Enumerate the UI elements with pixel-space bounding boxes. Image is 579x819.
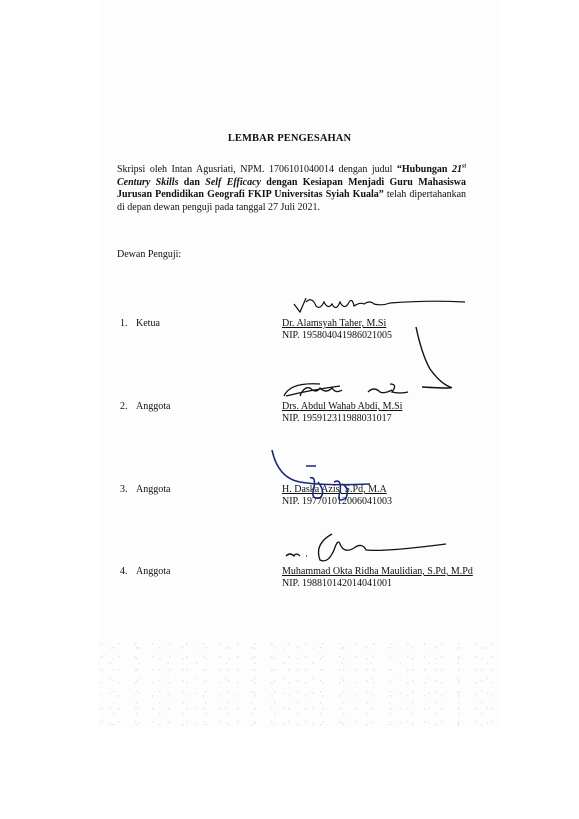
member-4-role: 4.Anggota bbox=[120, 566, 170, 577]
member-1-role: 1.Ketua bbox=[120, 318, 160, 329]
signature-member-2 bbox=[280, 378, 420, 400]
member-4-name: Muhammad Okta Ridha Maulidian, S.Pd, M.P… bbox=[282, 566, 473, 577]
member-1-name: Dr. Alamsyah Taher, M.Si bbox=[282, 318, 386, 329]
approval-paragraph: Skripsi oleh Intan Agusriati, NPM. 17061… bbox=[117, 164, 466, 214]
signature-member-3 bbox=[270, 448, 380, 506]
signature-member-4 bbox=[284, 530, 454, 566]
member-1-nip: NIP. 195804041986021005 bbox=[282, 330, 392, 341]
signature-member-1 bbox=[290, 292, 470, 317]
board-label: Dewan Penguji: bbox=[117, 249, 181, 260]
member-2-role: 2.Anggota bbox=[120, 401, 170, 412]
member-3-role: 3.Anggota bbox=[120, 484, 170, 495]
member-4-nip: NIP. 198810142014041001 bbox=[282, 578, 392, 589]
scan-noise bbox=[100, 640, 500, 728]
member-2-name: Drs. Abdul Wahab Abdi, M.Si bbox=[282, 401, 402, 412]
page-title: LEMBAR PENGESAHAN bbox=[0, 133, 579, 144]
member-2-nip: NIP. 195912311988031017 bbox=[282, 413, 392, 424]
